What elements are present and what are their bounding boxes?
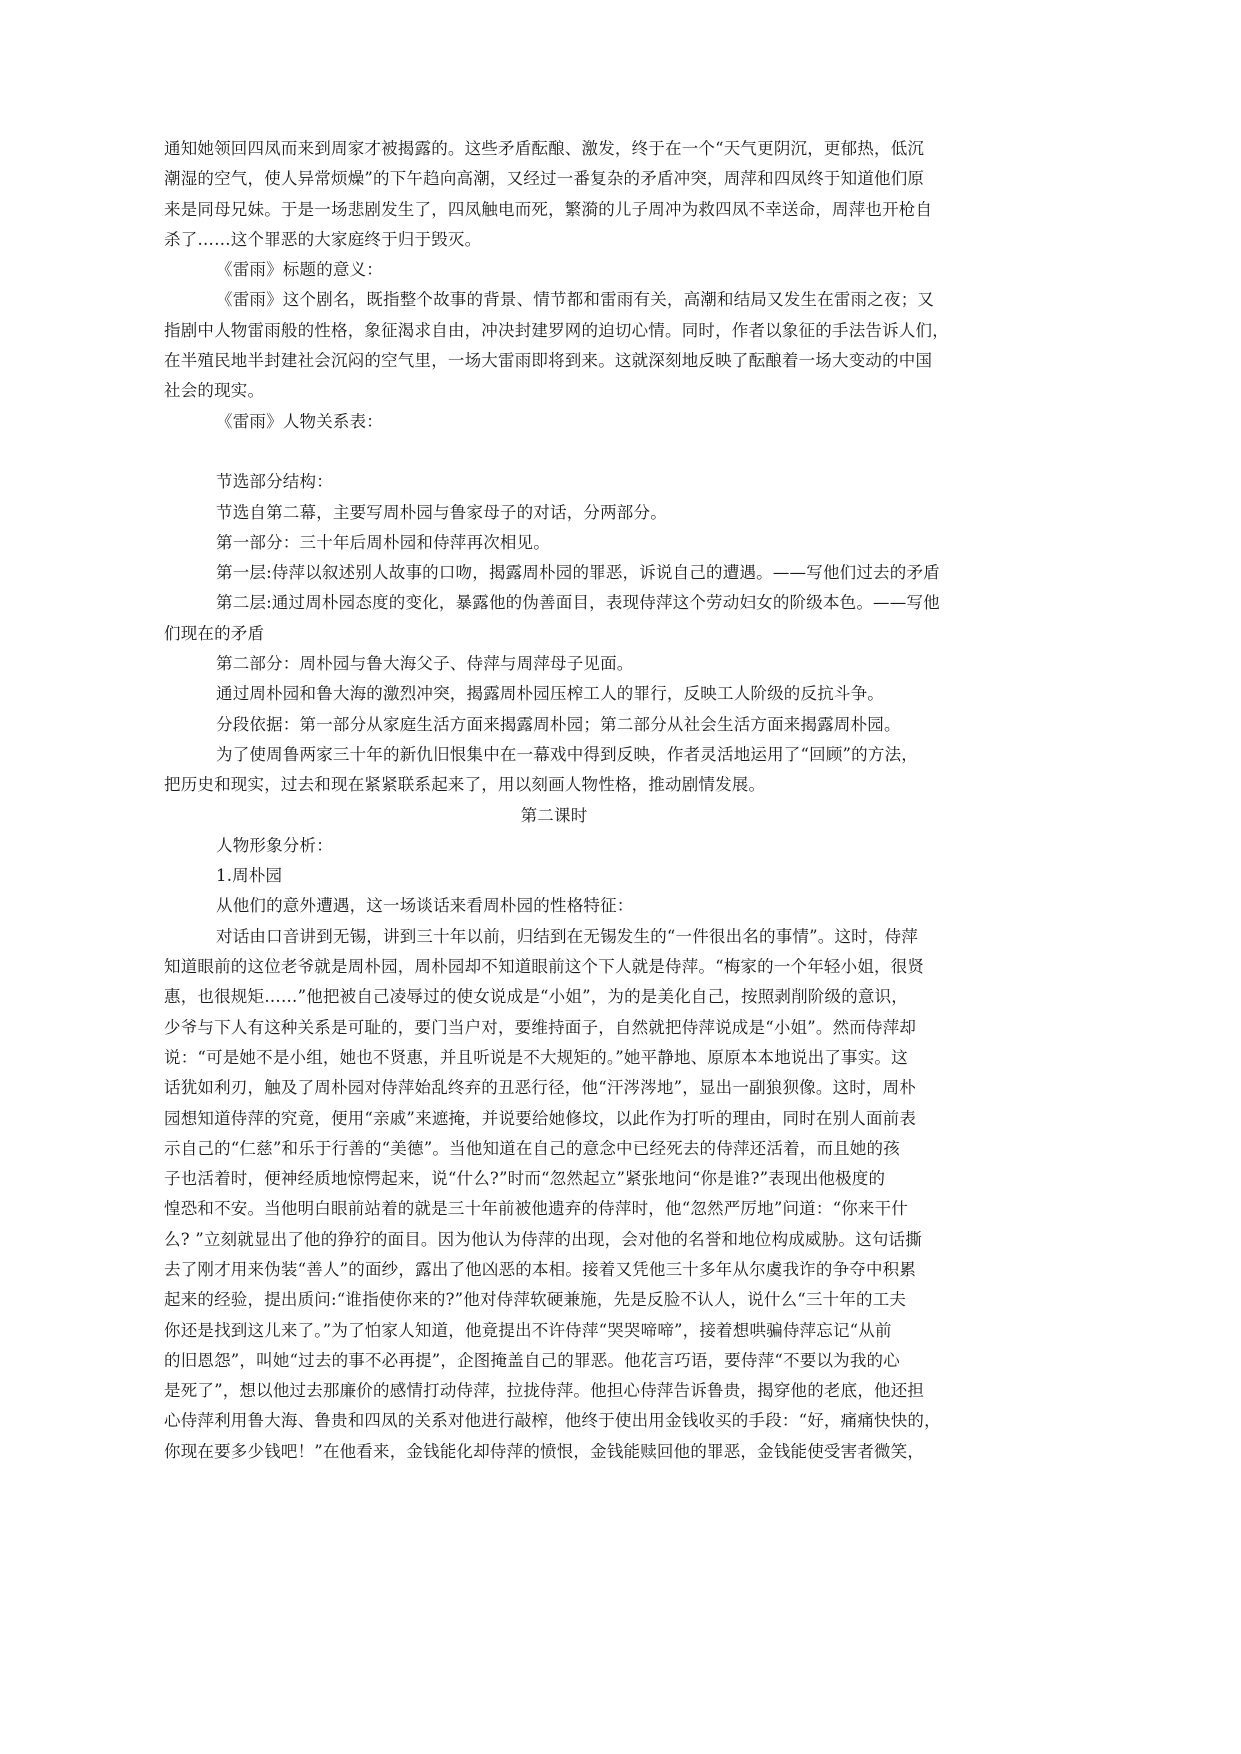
text-line: 起来的经验，提出质问:“谁指使你来的?”他对侍萍软硬兼施，先是反脸不认人，说什么… — [164, 1285, 944, 1315]
text-line: 社会的现实。 — [164, 376, 944, 406]
text-line: 分段依据：第一部分从家庭生活方面来揭露周朴园；第二部分从社会生活方面来揭露周朴园… — [164, 710, 944, 740]
text-line: 在半殖民地半封建社会沉闷的空气里，一场大雷雨即将到来。这就深刻地反映了酝酿着一场… — [164, 346, 944, 376]
text-line: 通知她领回四凤而来到周家才被揭露的。这些矛盾酝酿、激发，终于在一个“天气更阴沉，… — [164, 134, 944, 164]
text-line: 你现在要多少钱吧！”在他看来，金钱能化却侍萍的愤恨，金钱能赎回他的罪恶，金钱能使… — [164, 1437, 944, 1467]
text-line: 把历史和现实，过去和现在紧紧联系起来了，用以刻画人物性格，推动剧情发展。 — [164, 770, 944, 800]
text-line: 是死了”，想以他过去那廉价的感情打动侍萍，拉拢侍萍。他担心侍萍告诉鲁贵，揭穿他的… — [164, 1376, 944, 1406]
blank-space — [164, 437, 944, 467]
text-line: 杀了……这个罪恶的大家庭终于归于毁灭。 — [164, 225, 944, 255]
text-line: 节选部分结构： — [164, 467, 944, 497]
text-line: 从他们的意外遭遇，这一场谈话来看周朴园的性格特征： — [164, 891, 944, 921]
text-line: 第一层:侍萍以叙述别人故事的口吻，揭露周朴园的罪恶，诉说自己的遭遇。——写他们过… — [164, 558, 944, 588]
text-line: 你还是找到这儿来了。”为了怕家人知道，他竟提出不许侍萍“哭哭啼啼”，接着想哄骗侍… — [164, 1316, 944, 1346]
text-line: 潮湿的空气，使人异常烦燥”的下午趋向高潮，又经过一番复杂的矛盾冲突，周萍和四凤终… — [164, 164, 944, 194]
text-line: 少爷与下人有这种关系是可耻的，要门当户对，要维持面子，自然就把侍萍说成是“小姐”… — [164, 1013, 944, 1043]
text-line: 人物形象分析： — [164, 831, 944, 861]
text-line: 第二部分：周朴园与鲁大海父子、侍萍与周萍母子见面。 — [164, 649, 944, 679]
text-line: 《雷雨》标题的意义： — [164, 255, 944, 285]
text-line: 园想知道侍萍的究竟，便用“亲戚”来遮掩，并说要给她修坟，以此作为打听的理由，同时… — [164, 1104, 944, 1134]
text-line: 惶恐和不安。当他明白眼前站着的就是三十年前被他遗弃的侍萍时，他“忽然严厉地”问道… — [164, 1194, 944, 1224]
text-line: 来是同母兄妹。于是一场悲剧发生了，四凤触电而死，繁漪的儿子周冲为救四凤不幸送命，… — [164, 195, 944, 225]
text-line: 子也活着时，便神经质地惊愕起来，说“什么?”时而“忽然起立”紧张地问“你是谁?”… — [164, 1164, 944, 1194]
text-line: 示自己的“仁慈”和乐于行善的“美德”。当他知道在自己的意念中已经死去的侍萍还活着… — [164, 1134, 944, 1164]
text-line: 惠，也很规矩……”他把被自己凌辱过的使女说成是“小姐”，为的是美化自己，按照剥削… — [164, 982, 944, 1012]
section-heading: 第二课时 — [164, 801, 944, 831]
text-line: 1.周朴园 — [164, 861, 944, 891]
text-line: 指剧中人物雷雨般的性格，象征渴求自由，冲决封建罗网的迫切心情。同时，作者以象征的… — [164, 316, 944, 346]
text-line: 节选自第二幕，主要写周朴园与鲁家母子的对话，分两部分。 — [164, 498, 944, 528]
text-line: 通过周朴园和鲁大海的激烈冲突，揭露周朴园压榨工人的罪行，反映工人阶级的反抗斗争。 — [164, 679, 944, 709]
text-line: 为了使周鲁两家三十年的新仇旧恨集中在一幕戏中得到反映，作者灵活地运用了“回顾”的… — [164, 740, 944, 770]
text-line: 对话由口音讲到无锡，讲到三十年以前，归结到在无锡发生的“一件很出名的事情”。这时… — [164, 922, 944, 952]
text-line: 去了刚才用来伪装“善人”的面纱，露出了他凶恶的本相。接着又凭他三十多年从尔虞我诈… — [164, 1255, 944, 1285]
text-line: 知道眼前的这位老爷就是周朴园，周朴园却不知道眼前这个下人就是侍萍。“梅家的一个年… — [164, 952, 944, 982]
text-line: 《雷雨》这个剧名，既指整个故事的背景、情节都和雷雨有关，高潮和结局又发生在雷雨之… — [164, 285, 944, 315]
text-line: 们现在的矛盾 — [164, 619, 944, 649]
text-line: 《雷雨》人物关系表： — [164, 407, 944, 437]
text-line: 么? ”立刻就显出了他的狰狞的面目。因为他认为侍萍的出现，会对他的名誉和地位构成… — [164, 1225, 944, 1255]
text-line: 心侍萍利用鲁大海、鲁贵和四凤的关系对他进行敲榨，他终于使出用金钱收买的手段：“好… — [164, 1406, 944, 1436]
text-line: 的旧恩怨”，叫她“过去的事不必再提”，企图掩盖自己的罪恶。他花言巧语，要侍萍“不… — [164, 1346, 944, 1376]
text-line: 话犹如利刃，触及了周朴园对侍萍始乱终弃的丑恶行径，他“汗涔涔地”，显出一副狼狈像… — [164, 1073, 944, 1103]
text-line: 第一部分：三十年后周朴园和侍萍再次相见。 — [164, 528, 944, 558]
text-line: 第二层:通过周朴园态度的变化，暴露他的伪善面目，表现侍萍这个劳动妇女的阶级本色。… — [164, 588, 944, 618]
document-page: 通知她领回四凤而来到周家才被揭露的。这些矛盾酝酿、激发，终于在一个“天气更阴沉，… — [164, 134, 944, 1467]
text-line: 说：“可是她不是小组，她也不贤惠，并且听说是不大规矩的。”她平静地、原原本本地说… — [164, 1043, 944, 1073]
